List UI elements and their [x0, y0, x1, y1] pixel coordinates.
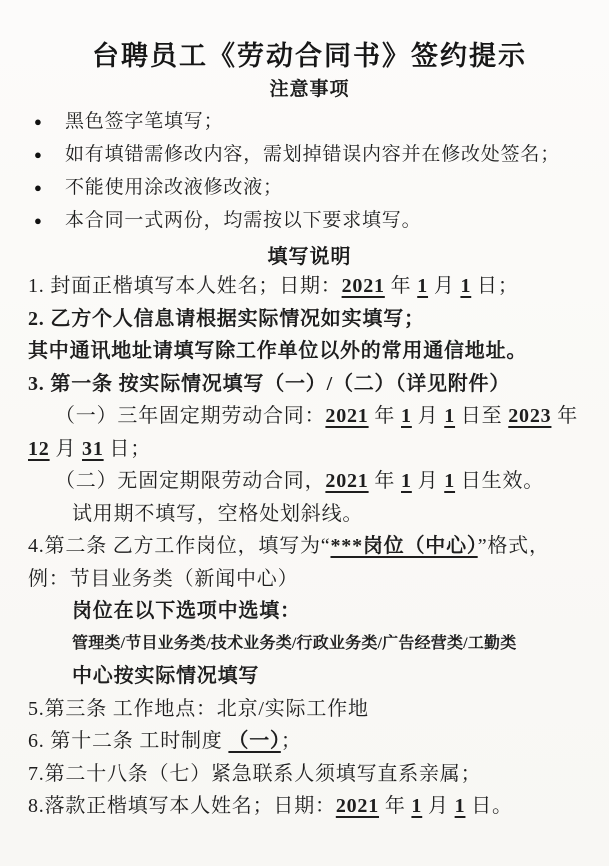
instruction-line: （二）无固定期限劳动合同，2021 年 1 月 1 日生效。	[28, 465, 591, 498]
text-segment: 1	[417, 275, 428, 297]
text-segment: ；	[281, 730, 302, 752]
text-segment: ***岗位（中心）	[330, 535, 477, 557]
text-segment: （一）	[228, 730, 280, 752]
text-segment: ”格式，	[478, 535, 550, 557]
note-item: ●如有填错需修改内容，需划掉错误内容并在修改处签名；	[34, 138, 591, 171]
text-segment: 中心按实际情况填写	[72, 665, 259, 687]
text-segment: 日。	[465, 795, 512, 817]
document-page: 台聘员工《劳动合同书》签约提示 注意事项 ●黑色签字笔填写；●如有填错需修改内容…	[0, 0, 609, 866]
text-segment: 1	[401, 470, 412, 492]
instruction-line: 4.第二条 乙方工作岗位，填写为“***岗位（中心）”格式，	[28, 530, 591, 563]
instruction-line: 岗位在以下选项中选填：	[28, 595, 591, 628]
text-segment: 31	[82, 438, 104, 460]
instruction-line: 1. 封面正楷填写本人姓名；日期：2021 年 1 月 1 日；	[28, 270, 591, 303]
note-item: ●黑色签字笔填写；	[34, 105, 591, 138]
instructions-list: 1. 封面正楷填写本人姓名；日期：2021 年 1 月 1 日；2. 乙方个人信…	[28, 270, 591, 823]
text-segment: （二）无固定期限劳动合同，	[55, 470, 325, 492]
instruction-line: 例：节目业务类（新闻中心）	[28, 563, 591, 596]
text-segment: 2023	[508, 405, 551, 427]
text-segment: 月	[412, 470, 444, 492]
note-text: 黑色签字笔填写；	[65, 105, 223, 138]
text-segment: 1	[460, 275, 471, 297]
text-segment: 1	[444, 470, 455, 492]
bullet-icon: ●	[34, 138, 50, 171]
text-segment: 年	[369, 405, 401, 427]
text-segment: 日至	[455, 405, 508, 427]
text-segment: 月	[50, 438, 82, 460]
text-segment: 日；	[104, 438, 151, 460]
instruction-line: 12 月 31 日；	[28, 433, 591, 466]
instruction-line: 管理类/节目业务类/技术业务类/行政业务类/广告经营类/工勤类	[28, 628, 591, 661]
text-segment: 12	[28, 438, 50, 460]
note-item: ●不能使用涂改液修改液；	[34, 171, 591, 204]
note-text: 不能使用涂改液修改液；	[65, 171, 283, 204]
text-segment: 年	[385, 275, 417, 297]
text-segment: 6. 第十二条 工时制度	[28, 730, 228, 752]
instruction-line: 7.第二十八条（七）紧急联系人须填写直系亲属；	[28, 758, 591, 791]
text-segment: 试用期不填写，空格处划斜线。	[72, 503, 363, 525]
instruction-line: 5.第三条 工作地点：北京/实际工作地	[28, 693, 591, 726]
text-segment: 年	[551, 405, 578, 427]
note-text: 如有填错需修改内容，需划掉错误内容并在修改处签名；	[65, 138, 560, 171]
text-segment: 2021	[325, 470, 368, 492]
text-segment: （一）三年固定期劳动合同：	[55, 405, 325, 427]
text-segment: 例：节目业务类（新闻中心）	[28, 568, 298, 590]
bullet-icon: ●	[34, 204, 50, 237]
instruction-line: （一）三年固定期劳动合同：2021 年 1 月 1 日至 2023 年	[28, 400, 591, 433]
text-segment: 岗位在以下选项中选填：	[72, 600, 301, 622]
text-segment: 日生效。	[455, 470, 544, 492]
text-segment: 日；	[471, 275, 518, 297]
text-segment: 月	[428, 275, 460, 297]
text-segment: 1	[401, 405, 412, 427]
text-segment: 1. 封面正楷填写本人姓名；日期：	[28, 275, 342, 297]
text-segment: 月	[412, 405, 444, 427]
note-item: ●本合同一式两份，均需按以下要求填写。	[34, 204, 591, 237]
text-segment: 8.落款正楷填写本人姓名；日期：	[28, 795, 336, 817]
text-segment: 4.第二条 乙方工作岗位，填写为“	[28, 535, 330, 557]
text-segment: 3. 第一条 按实际情况填写（一）/（二）（详见附件）	[28, 373, 510, 395]
bullet-icon: ●	[34, 171, 50, 204]
note-text: 本合同一式两份，均需按以下要求填写。	[65, 204, 421, 237]
instruction-line: 中心按实际情况填写	[28, 660, 591, 693]
text-segment: 年	[369, 470, 401, 492]
text-segment: 2021	[325, 405, 368, 427]
instruction-line: 其中通讯地址请填写除工作单位以外的常用通信地址。	[28, 335, 591, 368]
text-segment: 1	[411, 795, 422, 817]
document-title: 台聘员工《劳动合同书》签约提示	[28, 38, 591, 74]
instruction-line: 2. 乙方个人信息请根据实际情况如实填写；	[28, 303, 591, 336]
bullet-icon: ●	[34, 105, 50, 138]
instructions-heading: 填写说明	[28, 244, 591, 270]
instruction-line: 6. 第十二条 工时制度 （一）；	[28, 725, 591, 758]
text-segment: 5.第三条 工作地点：北京/实际工作地	[28, 698, 369, 720]
text-segment: 2021	[336, 795, 379, 817]
instruction-line: 试用期不填写，空格处划斜线。	[28, 498, 591, 531]
text-segment: 2. 乙方个人信息请根据实际情况如实填写；	[28, 308, 425, 330]
text-segment: 7.第二十八条（七）紧急联系人须填写直系亲属；	[28, 763, 481, 785]
instruction-line: 3. 第一条 按实际情况填写（一）/（二）（详见附件）	[28, 368, 591, 401]
text-segment: 其中通讯地址请填写除工作单位以外的常用通信地址。	[28, 340, 527, 362]
notes-list: ●黑色签字笔填写；●如有填错需修改内容，需划掉错误内容并在修改处签名；●不能使用…	[28, 105, 591, 237]
notes-heading: 注意事项	[28, 78, 591, 102]
text-segment: 月	[422, 795, 454, 817]
text-segment: 1	[455, 795, 466, 817]
text-segment: 1	[444, 405, 455, 427]
text-segment: 管理类/节目业务类/技术业务类/行政业务类/广告经营类/工勤类	[72, 635, 516, 652]
text-segment: 2021	[342, 275, 385, 297]
instruction-line: 8.落款正楷填写本人姓名；日期：2021 年 1 月 1 日。	[28, 790, 591, 823]
text-segment: 年	[379, 795, 411, 817]
